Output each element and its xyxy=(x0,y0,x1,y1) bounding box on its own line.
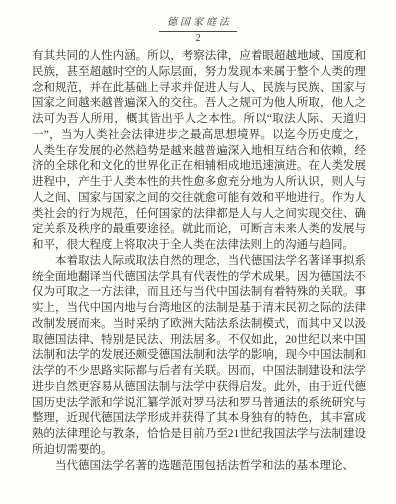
paragraph-cutoff: 当代德国法学名著的选题范围包括法哲学和法的基本理论、 xyxy=(32,459,366,475)
header-title: 德国家庭法 xyxy=(159,18,237,32)
paragraph: 本着取法人际或取法自然的理念，当代德国法学名著译事拟系统全面地翻译当代德国法学具… xyxy=(32,254,366,459)
paragraph-continuation: 有其共同的人性内涵。所以，考察法律，应着眼超越地域、国度和民族，甚至超越时空的人… xyxy=(32,49,366,254)
running-header: 德国家庭法 2 xyxy=(0,13,396,45)
page-number: 2 xyxy=(0,34,396,45)
book-page: 德国家庭法 2 有其共同的人性内涵。所以，考察法律，应着眼超越地域、国度和民族，… xyxy=(0,0,396,504)
body-text: 有其共同的人性内涵。所以，考察法律，应着眼超越地域、国度和民族，甚至超越时空的人… xyxy=(32,49,366,474)
